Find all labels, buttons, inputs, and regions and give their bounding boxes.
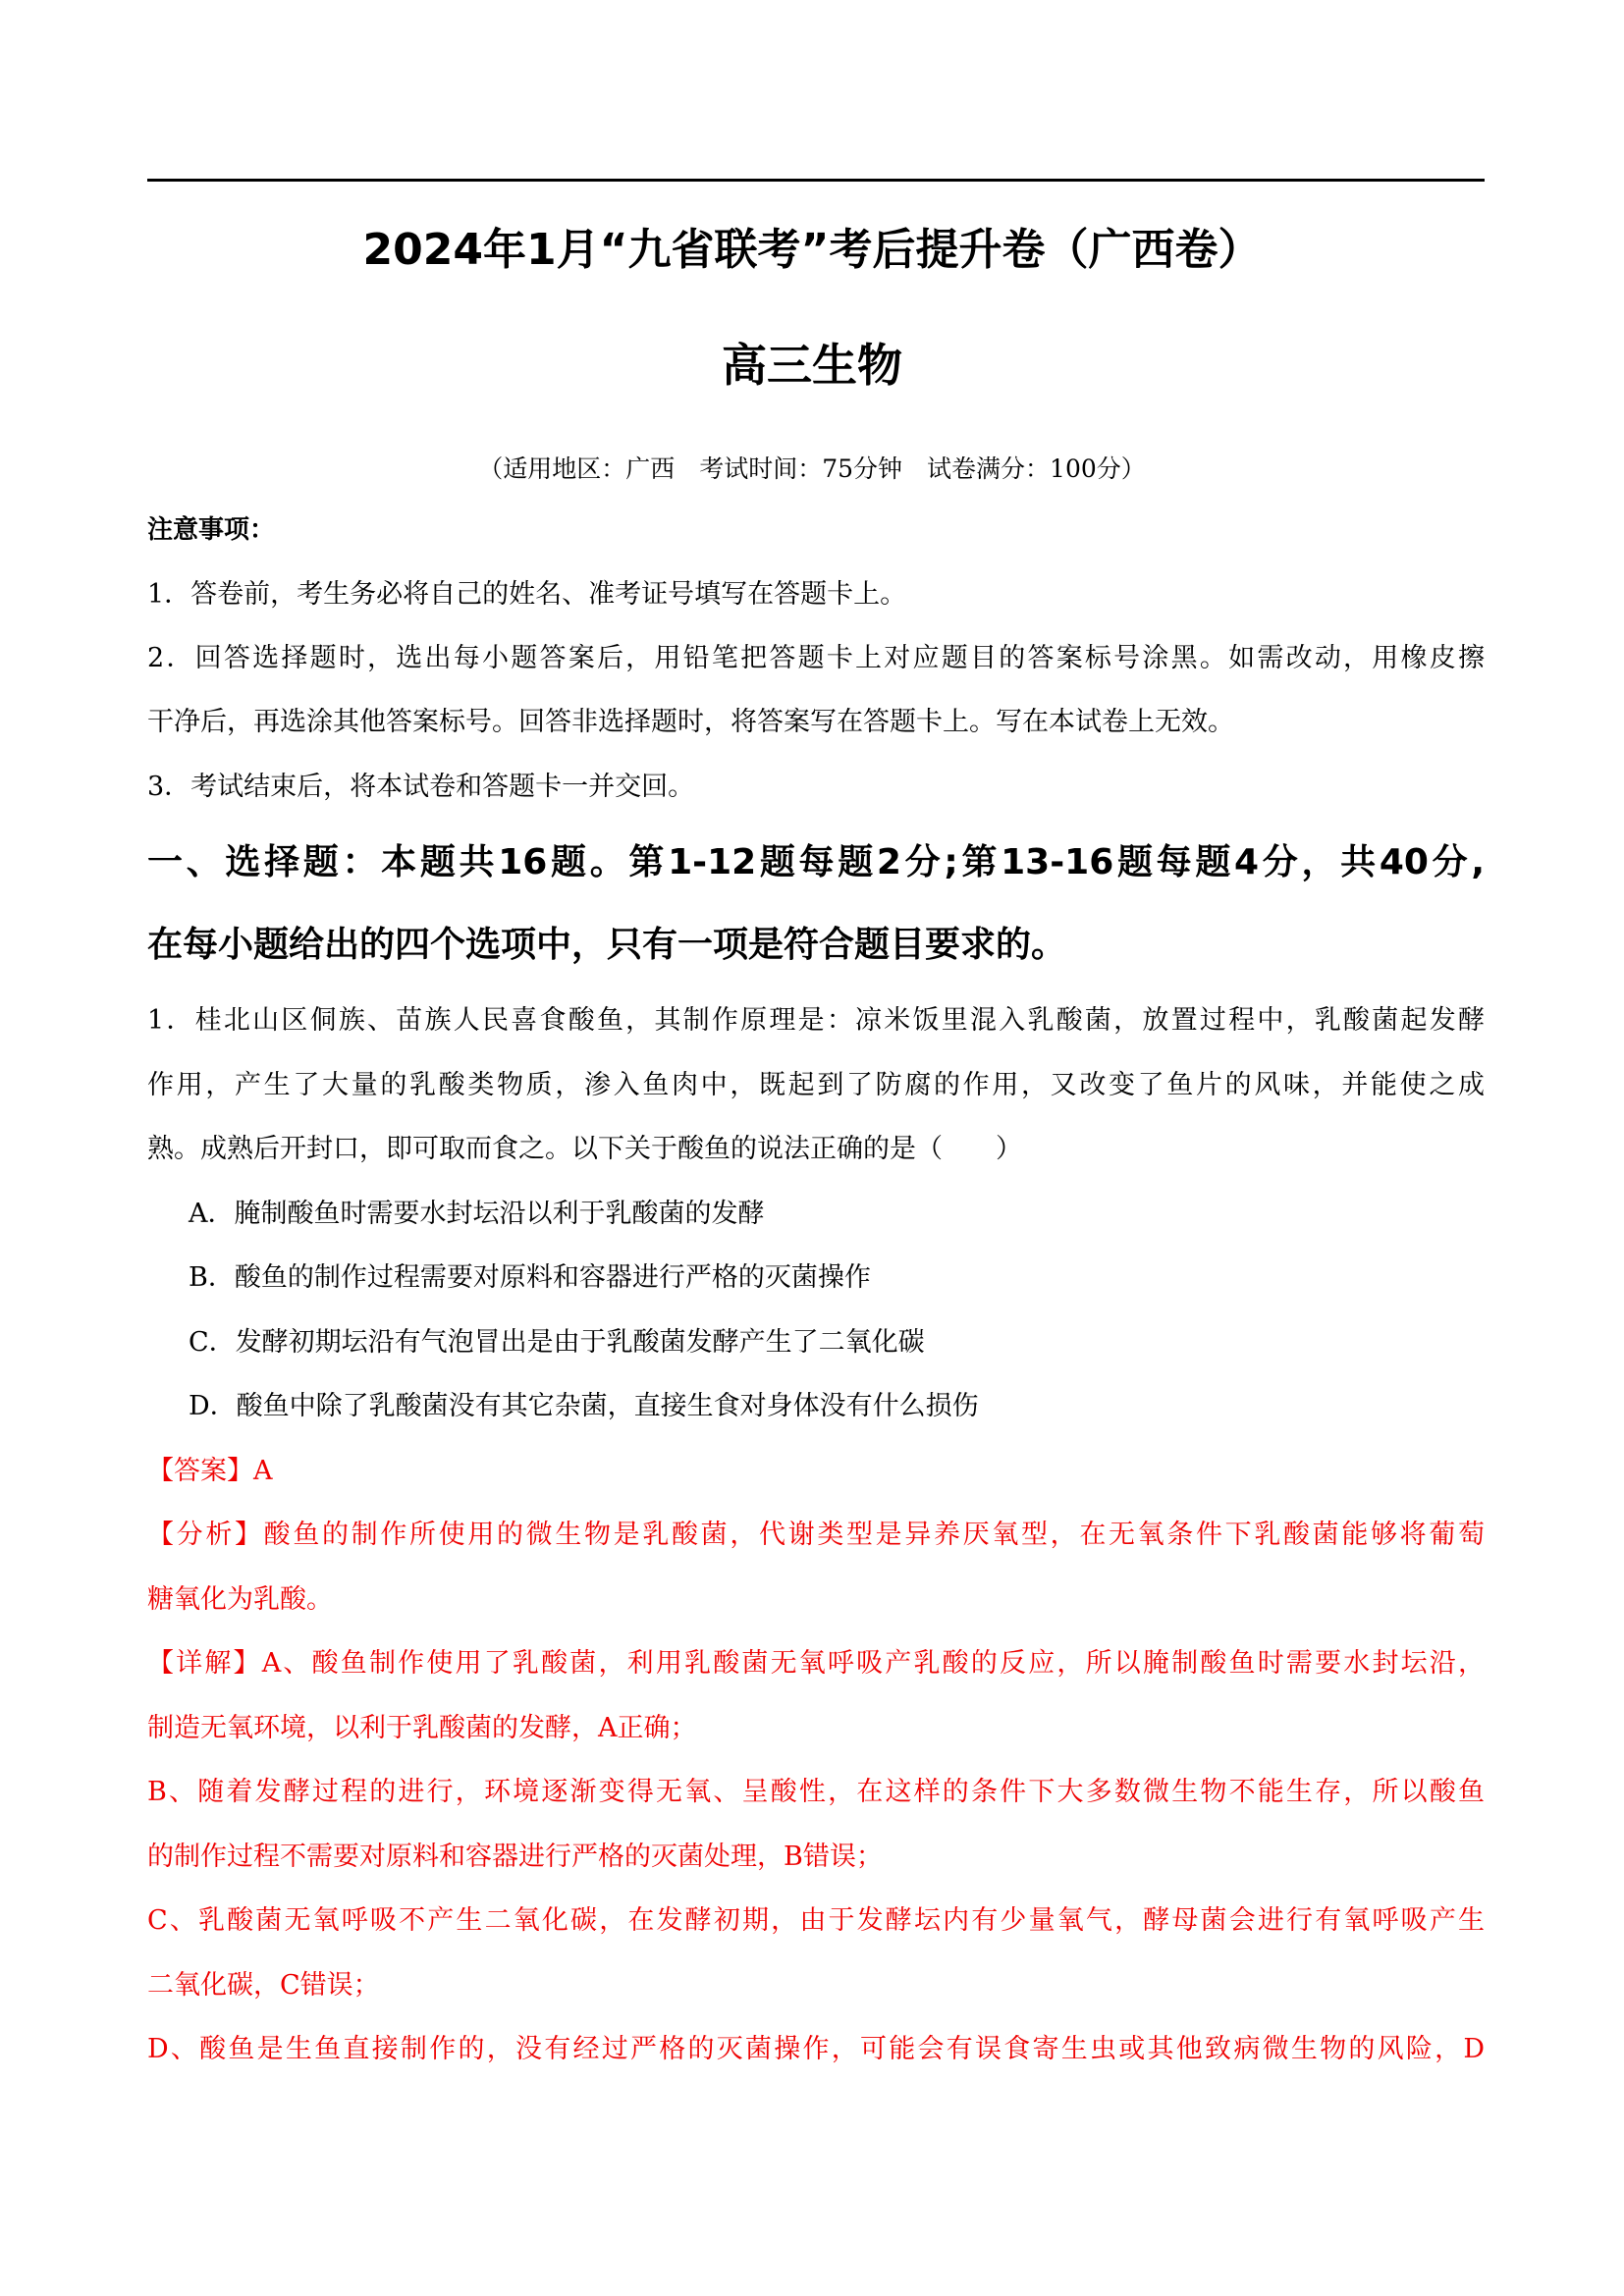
explanation: D、酸鱼是生鱼直接制作的，没有经过严格的灭菌操作，可能会有误食寄生虫或其他致病微… bbox=[147, 2032, 1485, 2067]
answer: 【答案】A bbox=[147, 1454, 1485, 1489]
explanation: C、乳酸菌无氧呼吸不产生二氧化碳，在发酵初期，由于发酵坛内有少量氧气，酵母菌会进… bbox=[147, 1903, 1485, 1939]
notice-item: 1．答卷前，考生务必将自己的姓名、准考证号填写在答题卡上。 bbox=[147, 577, 1485, 613]
analysis: 【分析】酸鱼的制作所使用的微生物是乳酸菌，代谢类型是异养厌氧型，在无氧条件下乳酸… bbox=[147, 1518, 1485, 1553]
section-heading-line2: 在每小题给出的四个选项中，只有一项是符合题目要求的。 bbox=[147, 923, 1485, 968]
option-b: B．酸鱼的制作过程需要对原料和容器进行严格的灭菌操作 bbox=[189, 1260, 1526, 1296]
option-c: C．发酵初期坛沿有气泡冒出是由于乳酸菌发酵产生了二氧化碳 bbox=[189, 1325, 1526, 1361]
notice-item: 干净后，再选涂其他答案标号。回答非选择题时，将答案写在答题卡上。写在本试卷上无效… bbox=[147, 705, 1485, 740]
notice-item: 3．考试结束后，将本试卷和答题卡一并交回。 bbox=[147, 770, 1485, 805]
option-a: A．腌制酸鱼时需要水封坛沿以利于乳酸菌的发酵 bbox=[189, 1197, 1526, 1232]
question-stem: 熟。成熟后开封口，即可取而食之。以下关于酸鱼的说法正确的是（ ） bbox=[147, 1132, 1485, 1167]
header-rule bbox=[147, 179, 1485, 182]
explanation: 二氧化碳，C错误； bbox=[147, 1968, 1485, 2003]
question-stem: 作用，产生了大量的乳酸类物质，渗入鱼肉中，既起到了防腐的作用，又改变了鱼片的风味… bbox=[147, 1068, 1485, 1103]
explanation: 制造无氧环境，以利于乳酸菌的发酵，A正确； bbox=[147, 1711, 1485, 1746]
explanation: B、随着发酵过程的进行，环境逐渐变得无氧、呈酸性，在这样的条件下大多数微生物不能… bbox=[147, 1775, 1485, 1810]
section-heading-line1: 一、选择题：本题共16题。第1-12题每题2分;第13-16题每题4分，共40分… bbox=[147, 840, 1485, 885]
exam-info: （适用地区：广西 考试时间：75分钟 试卷满分：100分） bbox=[0, 450, 1624, 485]
exam-subject: 高三生物 bbox=[0, 330, 1624, 395]
question-stem: 1．桂北山区侗族、苗族人民喜食酸鱼，其制作原理是：凉米饭里混入乳酸菌，放置过程中… bbox=[147, 1003, 1485, 1039]
notice-item: 2．回答选择题时，选出每小题答案后，用铅笔把答题卡上对应题目的答案标号涂黑。如需… bbox=[147, 641, 1485, 676]
notice-heading: 注意事项： bbox=[147, 512, 1485, 548]
explanation: 的制作过程不需要对原料和容器进行严格的灭菌处理，B错误； bbox=[147, 1840, 1485, 1875]
explanation: 【详解】A、酸鱼制作使用了乳酸菌，利用乳酸菌无氧呼吸产乳酸的反应，所以腌制酸鱼时… bbox=[147, 1646, 1485, 1682]
exam-title: 2024年1月“九省联考”考后提升卷（广西卷） bbox=[0, 214, 1624, 277]
option-d: D．酸鱼中除了乳酸菌没有其它杂菌，直接生食对身体没有什么损伤 bbox=[189, 1389, 1526, 1424]
analysis: 糖氧化为乳酸。 bbox=[147, 1582, 1485, 1618]
